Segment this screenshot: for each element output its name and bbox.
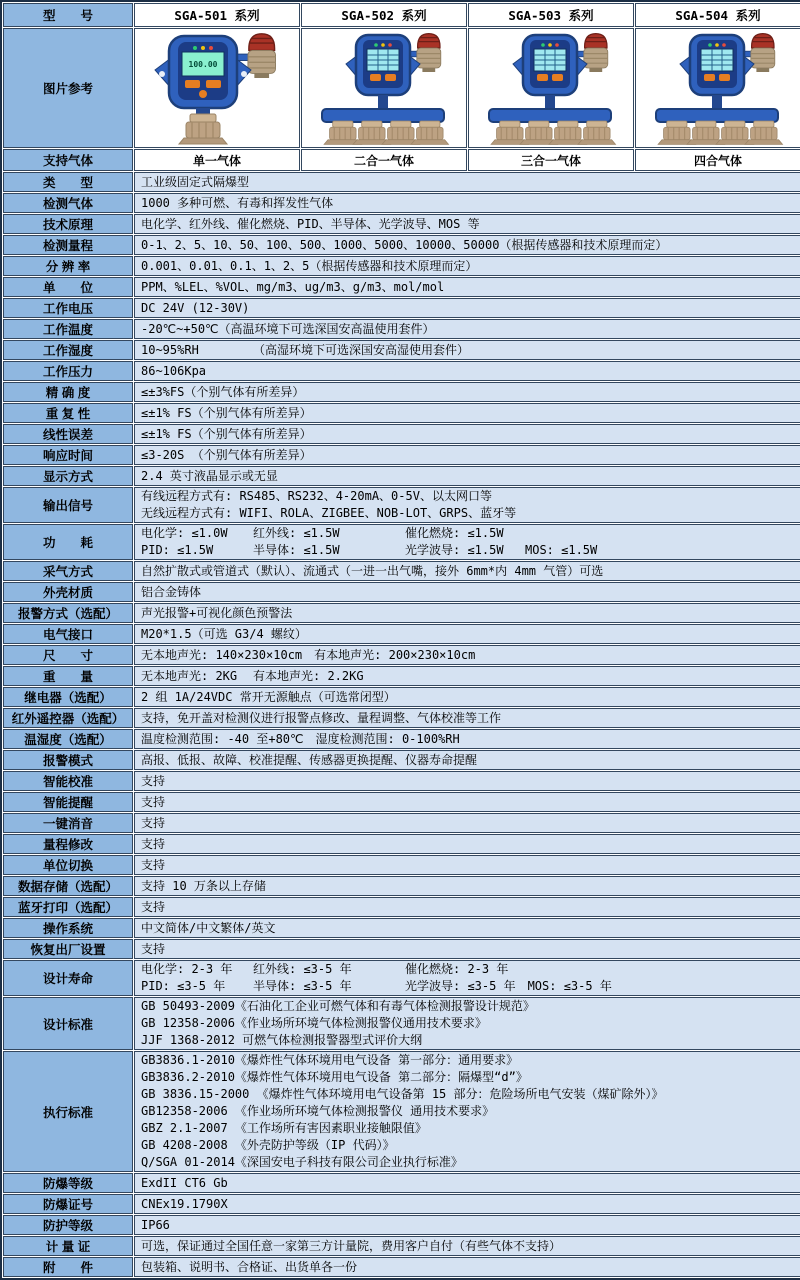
row-label: 一键消音 (3, 813, 133, 833)
spec-row: 温湿度（选配）温度检测范围: -40 至+80℃湿度检测范围: 0-100%RH (3, 729, 800, 749)
row-value: 支持，免开盖对检测仪进行报警点修改、量程调整、气体校准等工作 (134, 708, 800, 728)
row-label: 技术原理 (3, 214, 133, 234)
product-image-cell (468, 28, 634, 148)
header-row: 型 号SGA-501 系列SGA-502 系列SGA-503 系列SGA-504… (3, 3, 800, 27)
row-value: 铝合金铸体 (134, 582, 800, 602)
row-label: 采气方式 (3, 561, 133, 581)
row-value: 支持 (134, 792, 800, 812)
row-label: 防护等级 (3, 1215, 133, 1235)
row-label: 红外遥控器（选配） (3, 708, 133, 728)
row-value: ≤±3%FS（个别气体有所差异） (134, 382, 800, 402)
spec-row: 工作压力86~106Kpa (3, 361, 800, 381)
spec-row: 防爆等级ExdII CT6 Gb (3, 1173, 800, 1193)
row-label: 外壳材质 (3, 582, 133, 602)
row-label: 蓝牙打印（选配） (3, 897, 133, 917)
row-value: 支持 10 万条以上存储 (134, 876, 800, 896)
spec-row: 报警模式高报、低报、故障、校准提醒、传感器更换提醒、仪器寿命提醒 (3, 750, 800, 770)
row-label: 报警方式（选配） (3, 603, 133, 623)
product-image-multi-gas (304, 32, 464, 146)
spec-row: 工作电压DC 24V (12-30V) (3, 298, 800, 318)
row-value: -20℃~+50℃（高温环境下可选深国安高温使用套件） (134, 319, 800, 339)
row-label: 分 辨 率 (3, 256, 133, 276)
spec-row: 数据存储（选配）支持 10 万条以上存储 (3, 876, 800, 896)
row-label: 设计标准 (3, 997, 133, 1050)
row-label: 重 复 性 (3, 403, 133, 423)
image-row: 图片参考 100.00 (3, 28, 800, 148)
spec-row: 智能提醒支持 (3, 792, 800, 812)
row-value: 温度检测范围: -40 至+80℃湿度检测范围: 0-100%RH (134, 729, 800, 749)
product-image-single-gas: 100.00 (151, 32, 283, 146)
row-value: 电化学、红外线、催化燃烧、PID、半导体、光学波导、MOS 等 (134, 214, 800, 234)
supported-gas-value: 二合一气体 (301, 149, 467, 171)
spec-row: 采气方式自然扩散式或管道式（默认）、流通式（一进一出气嘴，接外 6mm*内 4m… (3, 561, 800, 581)
row-label: 继电器（选配） (3, 687, 133, 707)
spec-row: 精 确 度≤±3%FS（个别气体有所差异） (3, 382, 800, 402)
product-image-cell: 100.00 (134, 28, 300, 148)
spec-row: 工作湿度10~95%RH（高湿环境下可选深国安高湿使用套件） (3, 340, 800, 360)
row-label: 附 件 (3, 1257, 133, 1277)
row-value: 支持 (134, 771, 800, 791)
row-value: 2 组 1A/24VDC 常开无源触点（可选常闭型） (134, 687, 800, 707)
row-label: 温湿度（选配） (3, 729, 133, 749)
spec-row: 显示方式2.4 英寸液晶显示或无显 (3, 466, 800, 486)
spec-row: 红外遥控器（选配）支持，免开盖对检测仪进行报警点修改、量程调整、气体校准等工作 (3, 708, 800, 728)
spec-table-body: 型 号SGA-501 系列SGA-502 系列SGA-503 系列SGA-504… (3, 3, 800, 1277)
row-label: 尺 寸 (3, 645, 133, 665)
model-name: SGA-503 系列 (468, 3, 634, 27)
spec-row: 报警方式（选配）声光报警+可视化颜色预警法 (3, 603, 800, 623)
row-label: 工作温度 (3, 319, 133, 339)
row-value: DC 24V (12-30V) (134, 298, 800, 318)
row-label: 检测气体 (3, 193, 133, 213)
supported-gas-label: 支持气体 (3, 149, 133, 171)
row-label: 防爆证号 (3, 1194, 133, 1214)
spec-row: 响应时间≤3-20S （个别气体有所差异） (3, 445, 800, 465)
detector-head (680, 35, 754, 95)
row-value: GB 50493-2009《石油化工企业可燃气体和有毒气体检测报警设计规范》GB… (134, 997, 800, 1050)
product-image-multi-gas (638, 32, 798, 146)
spec-row: 尺 寸无本地声光: 140×230×10cm有本地声光: 200×230×10c… (3, 645, 800, 665)
row-label: 智能提醒 (3, 792, 133, 812)
row-value: 中文简体/中文繁体/英文 (134, 918, 800, 938)
row-label: 类 型 (3, 172, 133, 192)
row-label: 报警模式 (3, 750, 133, 770)
row-value: 支持 (134, 897, 800, 917)
row-label: 单 位 (3, 277, 133, 297)
row-label: 操作系统 (3, 918, 133, 938)
row-label: 显示方式 (3, 466, 133, 486)
row-value: 无本地声光: 2KG有本地声光: 2.2KG (134, 666, 800, 686)
row-label: 单位切换 (3, 855, 133, 875)
row-label: 电气接口 (3, 624, 133, 644)
spec-row: 附 件包装箱、说明书、合格证、出货单各一份 (3, 1257, 800, 1277)
spec-row: 防护等级IP66 (3, 1215, 800, 1235)
row-value: 86~106Kpa (134, 361, 800, 381)
row-label: 计 量 证 (3, 1236, 133, 1256)
spec-row: 执行标准GB3836.1-2010《爆炸性气体环境用电气设备 第一部分：通用要求… (3, 1051, 800, 1172)
spec-row: 继电器（选配）2 组 1A/24VDC 常开无源触点（可选常闭型） (3, 687, 800, 707)
row-label: 执行标准 (3, 1051, 133, 1172)
row-label: 智能校准 (3, 771, 133, 791)
row-value: 支持 (134, 855, 800, 875)
row-value: 1000 多种可燃、有毒和挥发性气体 (134, 193, 800, 213)
row-label: 防爆等级 (3, 1173, 133, 1193)
spec-row: 单位切换支持 (3, 855, 800, 875)
row-value: IP66 (134, 1215, 800, 1235)
spec-row: 智能校准支持 (3, 771, 800, 791)
spec-row: 检测气体1000 多种可燃、有毒和挥发性气体 (3, 193, 800, 213)
row-value: ExdII CT6 Gb (134, 1173, 800, 1193)
row-label: 重 量 (3, 666, 133, 686)
spec-row: 线性误差≤±1% FS（个别气体有所差异） (3, 424, 800, 444)
spec-row: 电气接口M20*1.5（可选 G3/4 螺纹） (3, 624, 800, 644)
gas-sensor-icon (179, 114, 227, 144)
row-value: 0-1、2、5、10、50、100、500、1000、5000、10000、50… (134, 235, 800, 255)
spec-row: 计 量 证可选，保证通过全国任意一家第三方计量院，费用客户自付（有些气体不支持） (3, 1236, 800, 1256)
model-name: SGA-501 系列 (134, 3, 300, 27)
row-label: 工作湿度 (3, 340, 133, 360)
row-value: 支持 (134, 834, 800, 854)
row-label: 检测量程 (3, 235, 133, 255)
row-value: ≤3-20S （个别气体有所差异） (134, 445, 800, 465)
image-row-label: 图片参考 (3, 28, 133, 148)
row-value: M20*1.5（可选 G3/4 螺纹） (134, 624, 800, 644)
row-value: GB3836.1-2010《爆炸性气体环境用电气设备 第一部分：通用要求》GB3… (134, 1051, 800, 1172)
row-label: 工作电压 (3, 298, 133, 318)
row-value: 0.001、0.01、0.1、1、2、5（根据传感器和技术原理而定） (134, 256, 800, 276)
row-label: 设计寿命 (3, 960, 133, 996)
gas-sensor-icon (745, 121, 782, 144)
detector-head (346, 35, 420, 95)
row-value: 支持 (134, 813, 800, 833)
row-value: 高报、低报、故障、校准提醒、传感器更换提醒、仪器寿命提醒 (134, 750, 800, 770)
row-label: 工作压力 (3, 361, 133, 381)
supported-gas-value: 单一气体 (134, 149, 300, 171)
spec-row: 检测量程0-1、2、5、10、50、100、500、1000、5000、1000… (3, 235, 800, 255)
row-value: ≤±1% FS（个别气体有所差异） (134, 424, 800, 444)
row-value: 10~95%RH（高湿环境下可选深国安高湿使用套件） (134, 340, 800, 360)
spec-row: 设计标准GB 50493-2009《石油化工企业可燃气体和有毒气体检测报警设计规… (3, 997, 800, 1050)
spec-row: 工作温度-20℃~+50℃（高温环境下可选深国安高温使用套件） (3, 319, 800, 339)
model-name: SGA-504 系列 (635, 3, 800, 27)
row-value: 包装箱、说明书、合格证、出货单各一份 (134, 1257, 800, 1277)
spec-row: 设计寿命电化学: 2-3 年红外线: ≤3-5 年催化燃烧: 2-3 年PID:… (3, 960, 800, 996)
product-image-cell (635, 28, 800, 148)
product-image-cell (301, 28, 467, 148)
spec-row: 类 型工业级固定式隔爆型 (3, 172, 800, 192)
row-label: 量程修改 (3, 834, 133, 854)
row-value: 自然扩散式或管道式（默认）、流通式（一进一出气嘴，接外 6mm*内 4mm 气管… (134, 561, 800, 581)
row-label: 数据存储（选配） (3, 876, 133, 896)
spec-row: 恢复出厂设置支持 (3, 939, 800, 959)
row-value: 支持 (134, 939, 800, 959)
row-label: 精 确 度 (3, 382, 133, 402)
supported-gas-value: 四合气体 (635, 149, 800, 171)
spec-row: 外壳材质铝合金铸体 (3, 582, 800, 602)
row-label: 线性误差 (3, 424, 133, 444)
spec-row: 蓝牙打印（选配）支持 (3, 897, 800, 917)
row-label: 输出信号 (3, 487, 133, 523)
spec-row: 分 辨 率0.001、0.01、0.1、1、2、5（根据传感器和技术原理而定） (3, 256, 800, 276)
row-value: PPM、%LEL、%VOL、mg/m3、ug/m3、g/m3、mol/mol (134, 277, 800, 297)
row-value: 工业级固定式隔爆型 (134, 172, 800, 192)
spec-table: 型 号SGA-501 系列SGA-502 系列SGA-503 系列SGA-504… (0, 0, 800, 1280)
row-value: 声光报警+可视化颜色预警法 (134, 603, 800, 623)
gas-sensor-icon (578, 121, 615, 144)
spec-row: 操作系统中文简体/中文繁体/英文 (3, 918, 800, 938)
spec-row: 输出信号有线远程方式有: RS485、RS232、4-20mA、0-5V、以太网… (3, 487, 800, 523)
supported-gas-row: 支持气体单一气体二合一气体三合一气体四合气体 (3, 149, 800, 171)
row-label: 响应时间 (3, 445, 133, 465)
detector-head: 100.00 (155, 36, 251, 108)
row-value: 2.4 英寸液晶显示或无显 (134, 466, 800, 486)
spec-row: 技术原理电化学、红外线、催化燃烧、PID、半导体、光学波导、MOS 等 (3, 214, 800, 234)
spec-row: 单 位PPM、%LEL、%VOL、mg/m3、ug/m3、g/m3、mol/mo… (3, 277, 800, 297)
model-header-label: 型 号 (3, 3, 133, 27)
spec-row: 功 耗电化学: ≤1.0W红外线: ≤1.5W催化燃烧: ≤1.5WPID: ≤… (3, 524, 800, 560)
spec-row: 量程修改支持 (3, 834, 800, 854)
row-label: 恢复出厂设置 (3, 939, 133, 959)
row-value: ≤±1% FS（个别气体有所差异） (134, 403, 800, 423)
row-label: 功 耗 (3, 524, 133, 560)
supported-gas-value: 三合一气体 (468, 149, 634, 171)
row-value: 有线远程方式有: RS485、RS232、4-20mA、0-5V、以太网口等无线… (134, 487, 800, 523)
spec-row: 防爆证号CNEx19.1790X (3, 1194, 800, 1214)
row-value: 可选，保证通过全国任意一家第三方计量院，费用客户自付（有些气体不支持） (134, 1236, 800, 1256)
row-value: CNEx19.1790X (134, 1194, 800, 1214)
svg-text:100.00: 100.00 (189, 60, 218, 69)
spec-row: 一键消音支持 (3, 813, 800, 833)
spec-row: 重 量无本地声光: 2KG有本地声光: 2.2KG (3, 666, 800, 686)
product-image-multi-gas (471, 32, 631, 146)
spec-row: 重 复 性≤±1% FS（个别气体有所差异） (3, 403, 800, 423)
model-name: SGA-502 系列 (301, 3, 467, 27)
row-value: 电化学: ≤1.0W红外线: ≤1.5W催化燃烧: ≤1.5WPID: ≤1.5… (134, 524, 800, 560)
row-value: 电化学: 2-3 年红外线: ≤3-5 年催化燃烧: 2-3 年PID: ≤3-… (134, 960, 800, 996)
gas-sensor-icon (411, 121, 448, 144)
detector-head (513, 35, 587, 95)
row-value: 无本地声光: 140×230×10cm有本地声光: 200×230×10cm (134, 645, 800, 665)
